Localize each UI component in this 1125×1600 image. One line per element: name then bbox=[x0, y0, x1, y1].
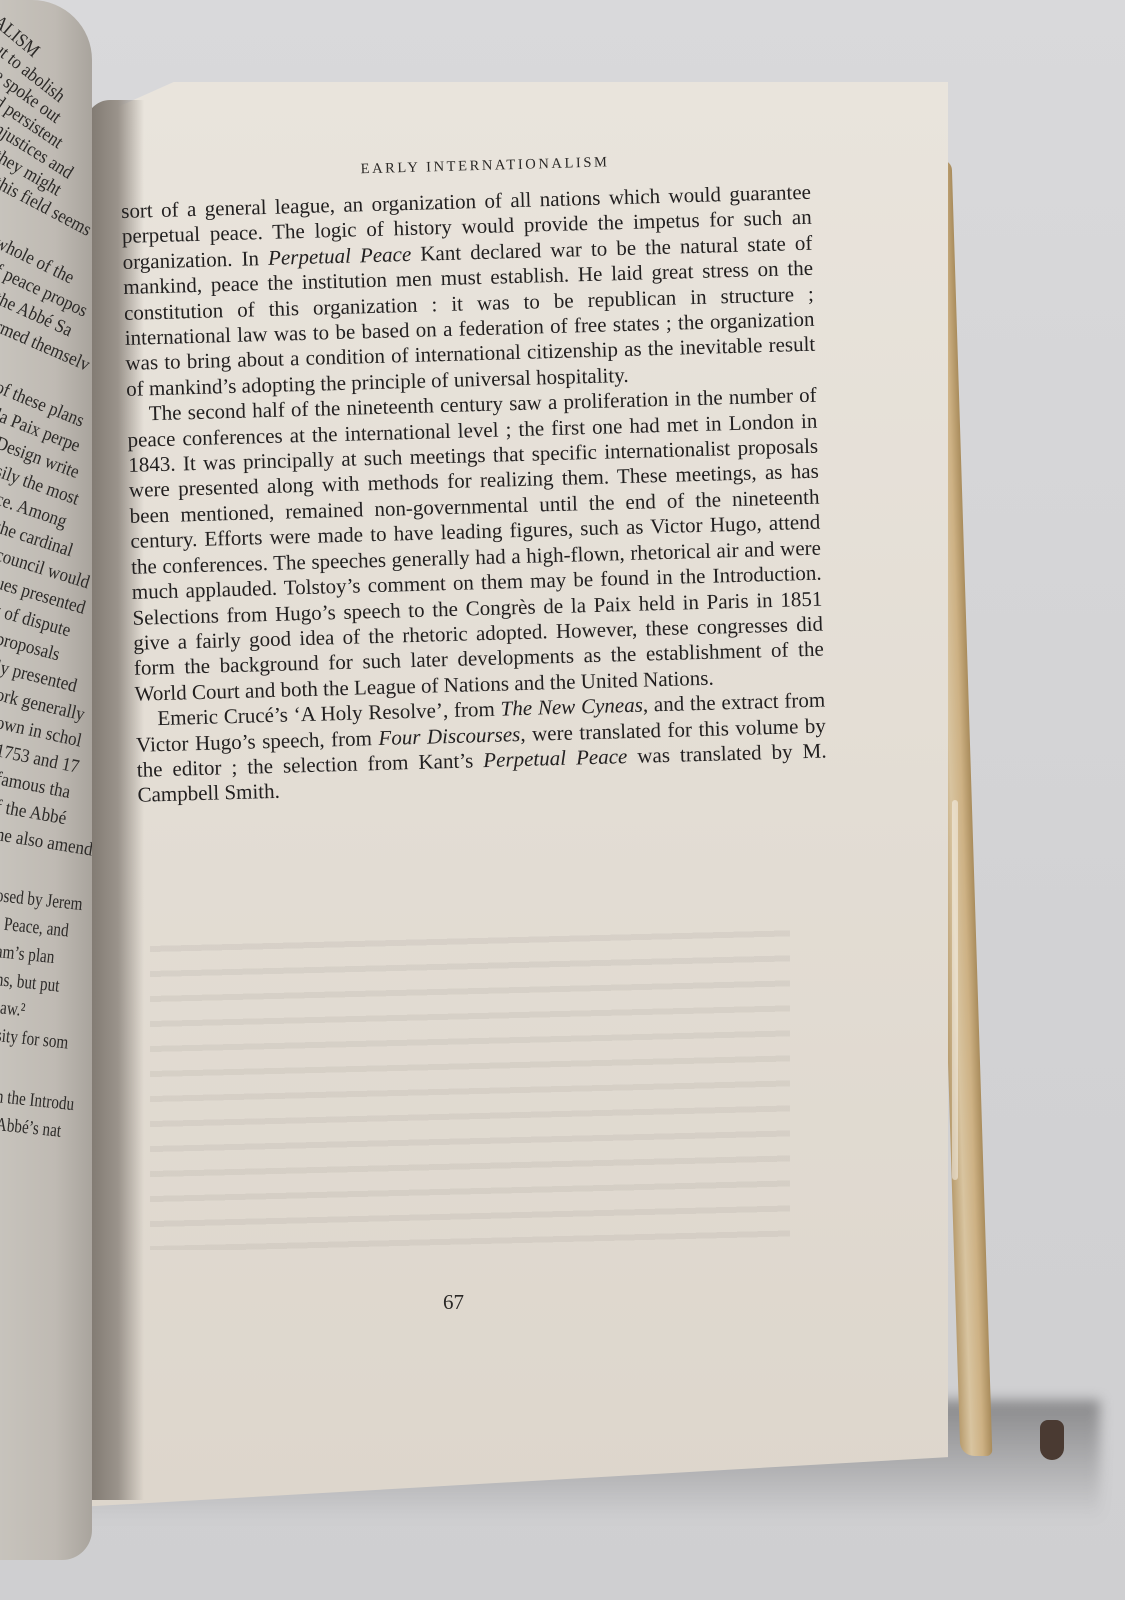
italic-title: The New Cyneas bbox=[500, 693, 643, 721]
italic-title: Four Discourses bbox=[378, 722, 520, 750]
left-page-fragment: he also amend bbox=[0, 825, 83, 858]
left-page-fragment: osed by Jerem bbox=[0, 886, 73, 913]
italic-title: Perpetual Peace bbox=[268, 242, 412, 270]
left-page-fragment: n the Introdu bbox=[0, 1087, 73, 1114]
left-page-fragment bbox=[0, 1054, 73, 1081]
italic-title: Perpetual Peace bbox=[483, 744, 628, 772]
page-number: 67 bbox=[443, 1290, 464, 1315]
paragraph: The second half of the nineteenth centur… bbox=[127, 383, 825, 707]
body-text: sort of a general league, an organizatio… bbox=[121, 180, 828, 809]
cover-shine bbox=[952, 800, 958, 1180]
left-page-curled: ALISMut to abolishe spoke outd persisten… bbox=[0, 0, 92, 1560]
left-page-fragment: l Peace, and bbox=[0, 914, 73, 941]
left-page-fragment: ns, but put bbox=[0, 970, 73, 997]
text-run: The second half of the nineteenth centur… bbox=[127, 383, 824, 706]
paragraph: sort of a general league, an organizatio… bbox=[121, 180, 816, 402]
paragraph: Emeric Crucé’s ‘A Holy Resolve’, from Th… bbox=[135, 688, 828, 809]
show-through-text bbox=[150, 930, 790, 1250]
page-text-block: EARLY INTERNATIONALISM sort of a general… bbox=[120, 149, 828, 809]
left-page-fragment: am’s plan bbox=[0, 942, 73, 969]
cover-worn-corner bbox=[1040, 1420, 1064, 1460]
left-page-fragment: Abbé’s nat bbox=[0, 1115, 73, 1142]
left-page-fragment: sity for som bbox=[0, 1026, 73, 1053]
left-page-text-fragments: ALISMut to abolishe spoke outd persisten… bbox=[0, 10, 92, 1143]
left-page-fragment: law.² bbox=[0, 998, 73, 1025]
